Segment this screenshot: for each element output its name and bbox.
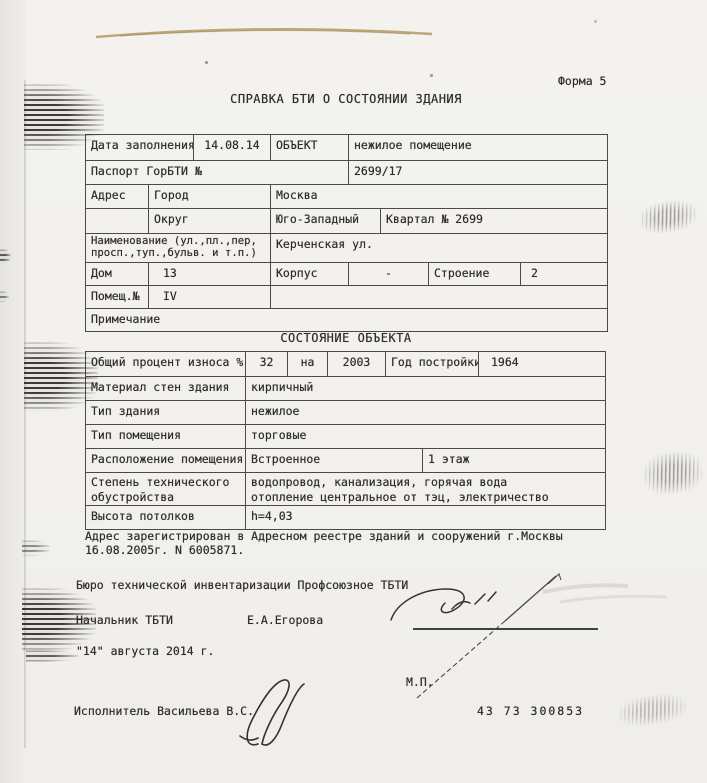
city-value: Москва: [271, 185, 607, 208]
document-title: СПРАВКА БТИ О СОСТОЯНИИ ЗДАНИЯ: [85, 92, 607, 106]
floor-value: 1 этаж: [423, 449, 605, 472]
scan-smudge: [641, 449, 705, 498]
scan-smudge: [26, 650, 78, 662]
empty-cell: [86, 209, 149, 233]
scan-smudge: [24, 342, 98, 412]
bureau-line: Бюро технической инвентаризации Профсоюз…: [76, 578, 408, 592]
street-name-label: Наименование (ул.,пл.,пер, просп.,туп.,б…: [86, 234, 271, 262]
table-row: Расположение помещения Встроенное 1 этаж: [86, 449, 605, 473]
stroenie-value: 2: [521, 263, 607, 285]
ink-speck: [594, 20, 597, 23]
wear-na-label: на: [288, 352, 328, 376]
scan-smudge: [24, 84, 104, 150]
form-number-label: Форма 5: [558, 74, 606, 88]
street-value: Керченская ул.: [271, 234, 607, 262]
table-row: Степень технического обустройства водопр…: [86, 473, 605, 506]
city-label: Город: [149, 185, 271, 208]
building-type-label: Тип здания: [86, 401, 246, 424]
premises-type-value: торговые: [246, 425, 605, 448]
address-registry-note: Адрес зарегистрирован в Адресном реестре…: [85, 529, 585, 557]
note-label: Примечание: [86, 309, 607, 331]
house-value: 13: [149, 263, 271, 285]
object-value: нежилое помещение: [349, 135, 607, 160]
street-label-line1: Наименование (ул.,пл.,пер,: [91, 235, 257, 247]
table-row: Материал стен здания кирпичный: [86, 377, 605, 401]
premises-type-label: Тип помещения: [86, 425, 246, 448]
chief-name: Е.А.Егорова: [247, 613, 323, 627]
chief-signature: [391, 589, 496, 620]
scan-smudge: [0, 291, 9, 302]
table-row: Дата заполнения 14.08.14 ОБЪЕКТ нежилое …: [86, 135, 607, 161]
scan-smudge: [0, 249, 11, 264]
premises-number-label: Помещ.№: [86, 286, 149, 308]
district-value: Юго-Западный: [271, 209, 381, 233]
utilities-value-line1: водопровод, канализация, горячая вода: [251, 475, 507, 489]
korpus-label: Корпус: [271, 263, 349, 285]
passport-label: Паспорт ГорБТИ №: [86, 161, 349, 184]
district-label: Округ: [149, 209, 271, 233]
object-label: ОБЪЕКТ: [271, 135, 349, 160]
empty-cell: [271, 286, 607, 308]
wear-percent-value: 32: [246, 352, 288, 376]
ink-speck: [430, 74, 433, 77]
building-type-value: нежилое: [246, 401, 605, 424]
utilities-value: водопровод, канализация, горячая вода от…: [246, 473, 605, 505]
location-value: Встроенное: [246, 449, 423, 472]
kvartal-cell: Квартал № 2699: [381, 209, 607, 233]
stamp-ghost-marks: [543, 585, 666, 602]
wear-year-value: 2003: [328, 352, 386, 376]
utilities-label-line1: Степень технического: [91, 475, 229, 489]
scan-edge-arc: [96, 29, 432, 37]
walls-material-label: Материал стен здания: [86, 377, 246, 400]
house-label: Дом: [86, 263, 149, 285]
korpus-value: -: [349, 263, 429, 285]
scan-smudge: [22, 588, 96, 652]
ceiling-height-label: Высота потолков: [86, 506, 246, 529]
table-row: Общий процент износа % 32 на 2003 Год по…: [86, 352, 605, 377]
object-state-table: Общий процент износа % 32 на 2003 Год по…: [85, 351, 606, 530]
table-row: Тип здания нежилое: [86, 401, 605, 425]
table-row: Примечание: [86, 309, 607, 331]
stroenie-label: Строение: [429, 263, 521, 285]
state-section-title: СОСТОЯНИЕ ОБЪЕКТА: [85, 331, 607, 345]
address-label: Адрес: [86, 185, 149, 208]
diagonal-stroke: [417, 574, 561, 698]
built-year-label: Год постройки: [386, 352, 479, 376]
table-row: Тип помещения торговые: [86, 425, 605, 449]
property-info-table: Дата заполнения 14.08.14 ОБЪЕКТ нежилое …: [85, 134, 608, 332]
stamp-place-label: М.П.: [406, 675, 434, 689]
utilities-value-line2: отопление центральное от тэц, электричес…: [251, 490, 549, 504]
table-row: Наименование (ул.,пл.,пер, просп.,туп.,б…: [86, 234, 607, 263]
table-row: Адрес Город Москва: [86, 185, 607, 209]
scan-smudge: [22, 540, 50, 556]
scan-smudge: [616, 691, 688, 729]
paper-left-edge-shading: [0, 0, 26, 783]
table-row: Округ Юго-Западный Квартал № 2699: [86, 209, 607, 234]
built-year-value: 1964: [479, 352, 605, 376]
premises-number-value: IV: [149, 286, 271, 308]
table-row: Дом 13 Корпус - Строение 2: [86, 263, 607, 286]
street-label-line2: просп.,туп.,бульв. и т.п.): [91, 247, 257, 259]
registry-line1: Адрес зарегистрирован в Адресном реестре…: [85, 529, 563, 543]
wear-percent-label: Общий процент износа %: [86, 352, 246, 376]
ceiling-height-value: h=4,03: [246, 506, 605, 529]
passport-value: 2699/17: [349, 161, 607, 184]
table-row: Помещ.№ IV: [86, 286, 607, 309]
utilities-label: Степень технического обустройства: [86, 473, 246, 505]
table-row: Паспорт ГорБТИ № 2699/17: [86, 161, 607, 185]
fill-date-value: 14.08.14: [194, 135, 271, 160]
scan-smudge: [638, 198, 698, 236]
document-date-line: "14" августа 2014 г.: [76, 644, 214, 658]
document-code: 43 73 300853: [477, 704, 584, 718]
walls-material-value: кирпичный: [246, 377, 605, 400]
scanned-document: Форма 5 СПРАВКА БТИ О СОСТОЯНИИ ЗДАНИЯ Д…: [0, 0, 707, 783]
utilities-label-line2: обустройства: [91, 490, 174, 504]
executor-line: Исполнитель Васильева В.С.: [74, 704, 254, 718]
registry-line2: 16.08.2005г. N 6005871.: [85, 543, 244, 557]
table-row: Высота потолков h=4,03: [86, 506, 605, 529]
ink-speck: [205, 61, 208, 64]
location-label: Расположение помещения: [86, 449, 246, 472]
